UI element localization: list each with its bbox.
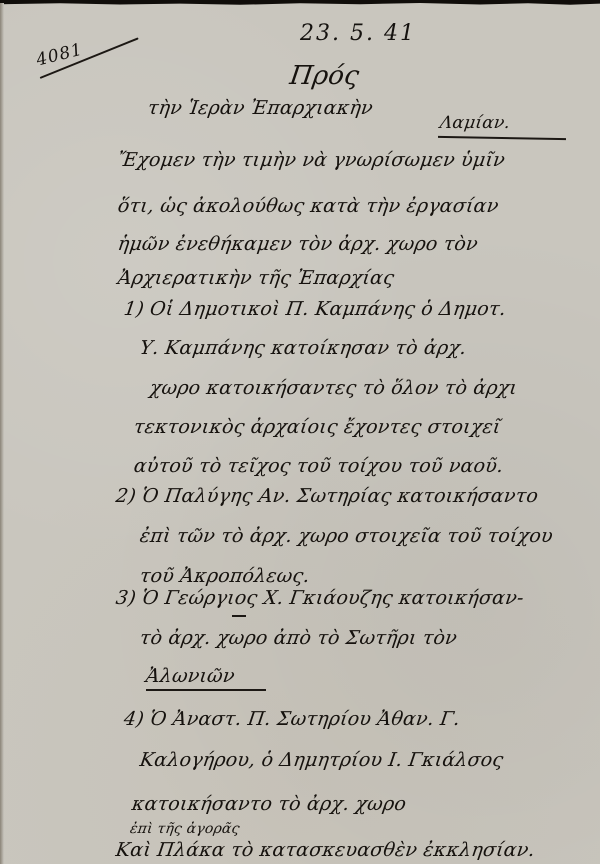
handwritten-line-item-1a: 1) Οἱ Δημοτικοὶ Π. Καμπάνης ὁ Δημοτ. — [122, 298, 507, 320]
handwritten-line-item-1b: Υ. Καμπάνης κατοίκησαν τὸ ἀρχ. — [138, 337, 467, 359]
handwritten-line-item-1c: χωρο κατοικήσαντες τὸ ὅλον τὸ ἀρχι — [148, 377, 518, 399]
letter-date: 23. 5. 41 — [300, 21, 416, 46]
item-3-x-underline — [232, 615, 246, 617]
handwritten-line-intro-4: Ἀρχιερατικὴν τῆς Ἐπαρχίας — [116, 267, 395, 289]
catalog-number: 4081 — [34, 40, 85, 71]
handwritten-line-item-3c: Ἀλωνιῶν — [144, 665, 236, 687]
handwritten-line-item-4b: Καλογήρου, ὁ Δημητρίου Ι. Γκιάλσος — [138, 749, 504, 771]
handwritten-line-item-4a: 4) Ὁ Ἀναστ. Π. Σωτηρίου Ἀθαν. Γ. — [122, 708, 461, 730]
torn-top-edge — [0, 0, 600, 6]
handwritten-line-item-4d: Καὶ Πλάκα τὸ κατασκευασθὲν ἐκκλησίαν. — [114, 839, 536, 861]
location-underline — [438, 136, 566, 140]
handwritten-line-item-3b: τὸ ἀρχ. χωρο ἀπὸ τὸ Σωτῆρι τὸν — [138, 627, 458, 649]
handwritten-line-intro-1: Ἔχομεν τὴν τιμὴν νὰ γνωρίσωμεν ὑμῖν — [116, 149, 506, 171]
handwritten-line-item-1d: τεκτονικὸς ἀρχαίοις ἔχοντες στοιχεῖ — [132, 416, 502, 438]
handwritten-line-item-1e: αὐτοῦ τὸ τεῖχος τοῦ τοίχου τοῦ ναοῦ. — [132, 455, 504, 477]
page-left-edge — [0, 3, 4, 864]
handwritten-line-intro-3: ἡμῶν ἐνεθήκαμεν τὸν ἀρχ. χωρο τὸν — [116, 233, 479, 255]
addressee: τὴν Ἱερὰν Ἐπαρχιακὴν — [146, 97, 374, 119]
salutation: Πρός — [288, 61, 361, 91]
handwritten-line-item-4c: κατοικήσαντο τὸ ἀρχ. χωρο — [130, 793, 407, 815]
handwritten-line-item-2a: 2) Ὁ Παλύγης Αν. Σωτηρίας κατοικήσαντο — [114, 485, 539, 507]
letter-page: 4081 23. 5. 41 Πρός τὴν Ἱερὰν Ἐπαρχιακὴν… — [0, 3, 600, 864]
handwritten-line-item-4d-above: ἐπὶ τῆς ἀγορᾶς — [129, 821, 241, 837]
item-3-underline — [146, 689, 266, 691]
handwritten-line-item-2b: ἐπὶ τῶν τὸ ἀρχ. χωρο στοιχεῖα τοῦ τοίχου — [138, 525, 554, 547]
handwritten-line-intro-2: ὅτι, ὡς ἀκολούθως κατὰ τὴν ἐργασίαν — [116, 195, 500, 217]
handwritten-line-item-2c: τοῦ Ἀκροπόλεως. — [138, 565, 311, 587]
location: Λαμίαν. — [439, 113, 512, 133]
handwritten-line-item-3a: 3) Ὁ Γεώργιος Χ. Γκιάουζης κατοικήσαν- — [114, 587, 525, 609]
